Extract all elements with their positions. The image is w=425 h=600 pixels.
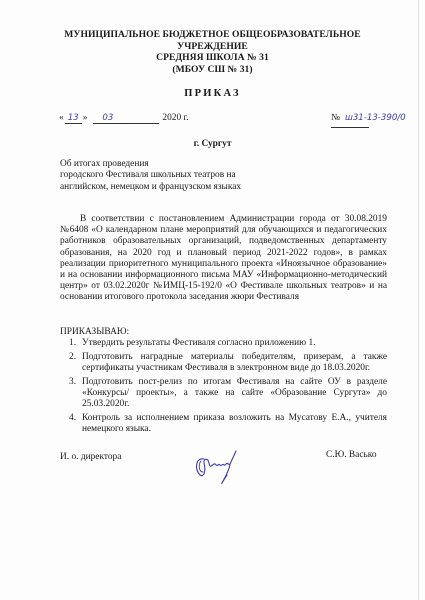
subject-line: Об итогах проведения: [60, 159, 241, 170]
subject-line: городского Фестиваля школьных театров на: [60, 170, 241, 181]
order-item-text: Подготовить пост-релиз по итогам Фестива…: [82, 377, 387, 409]
number-label: №: [331, 113, 340, 123]
header-line: МУНИЦИПАЛЬНОЕ БЮДЖЕТНОЕ ОБЩЕОБРАЗОВАТЕЛЬ…: [40, 29, 385, 41]
order-subject: Об итогах проведения городского Фестивал…: [60, 159, 241, 193]
number-value-text: ш31-13-390/0: [345, 113, 406, 123]
date-year: 2020 г.: [162, 113, 188, 123]
order-item-number: 4.: [69, 413, 76, 424]
order-item-number: 2.: [69, 352, 76, 363]
header-line: СРЕДНЯЯ ШКОЛА № 31: [40, 52, 385, 64]
preamble-paragraph: В соответствии с постановлением Админист…: [60, 214, 387, 304]
orders-label: ПРИКАЗЫВАЮ:: [60, 327, 129, 337]
order-item-number: 1.: [69, 338, 76, 349]
signatory-name: С.Ю. Васько: [326, 450, 377, 460]
order-date: «13»032020 г.: [59, 113, 189, 127]
order-item: 2.Подготовить наградные материалы победи…: [60, 352, 387, 374]
header-line: (МБОУ СШ № 31): [40, 64, 385, 76]
subject-line: английском, немецком и французском языка…: [60, 182, 241, 193]
date-month: 03: [93, 113, 159, 124]
scan-edge-line: [418, 0, 419, 600]
handwritten-signature-icon: [192, 445, 242, 487]
organization-header: МУНИЦИПАЛЬНОЕ БЮДЖЕТНОЕ ОБЩЕОБРАЗОВАТЕЛЬ…: [40, 29, 385, 75]
date-close-quote: »: [83, 113, 88, 123]
order-item-number: 3.: [69, 377, 76, 388]
number-value: ш31-13-390/0: [345, 113, 406, 123]
date-open-quote: «: [59, 113, 64, 123]
preamble: В соответствии с постановлением Админист…: [60, 214, 387, 304]
orders-list: 1.Утвердить результаты Фестиваля согласн…: [60, 338, 387, 438]
signatory-role: И. о. директора: [60, 452, 121, 462]
order-item: 3.Подготовить пост-релиз по итогам Фести…: [60, 377, 387, 411]
order-item-text: Утвердить результаты Фестиваля согласно …: [82, 338, 316, 348]
document-title: ПРИКАЗ: [40, 88, 385, 99]
city: г. Сургут: [40, 139, 385, 149]
order-item-text: Подготовить наградные материалы победите…: [82, 352, 387, 373]
document-page: МУНИЦИПАЛЬНОЕ БЮДЖЕТНОЕ ОБЩЕОБРАЗОВАТЕЛЬ…: [0, 0, 425, 600]
order-item: 1.Утвердить результаты Фестиваля согласн…: [60, 338, 387, 349]
order-number: №ш31-13-390/0: [331, 113, 406, 127]
number-underline: [331, 127, 369, 128]
order-item: 4.Контроль за исполнением приказа возлож…: [60, 413, 387, 435]
header-line: УЧРЕЖДЕНИЕ: [40, 41, 385, 53]
order-item-text: Контроль за исполнением приказа возложит…: [82, 413, 387, 434]
date-day: 13: [65, 113, 82, 124]
